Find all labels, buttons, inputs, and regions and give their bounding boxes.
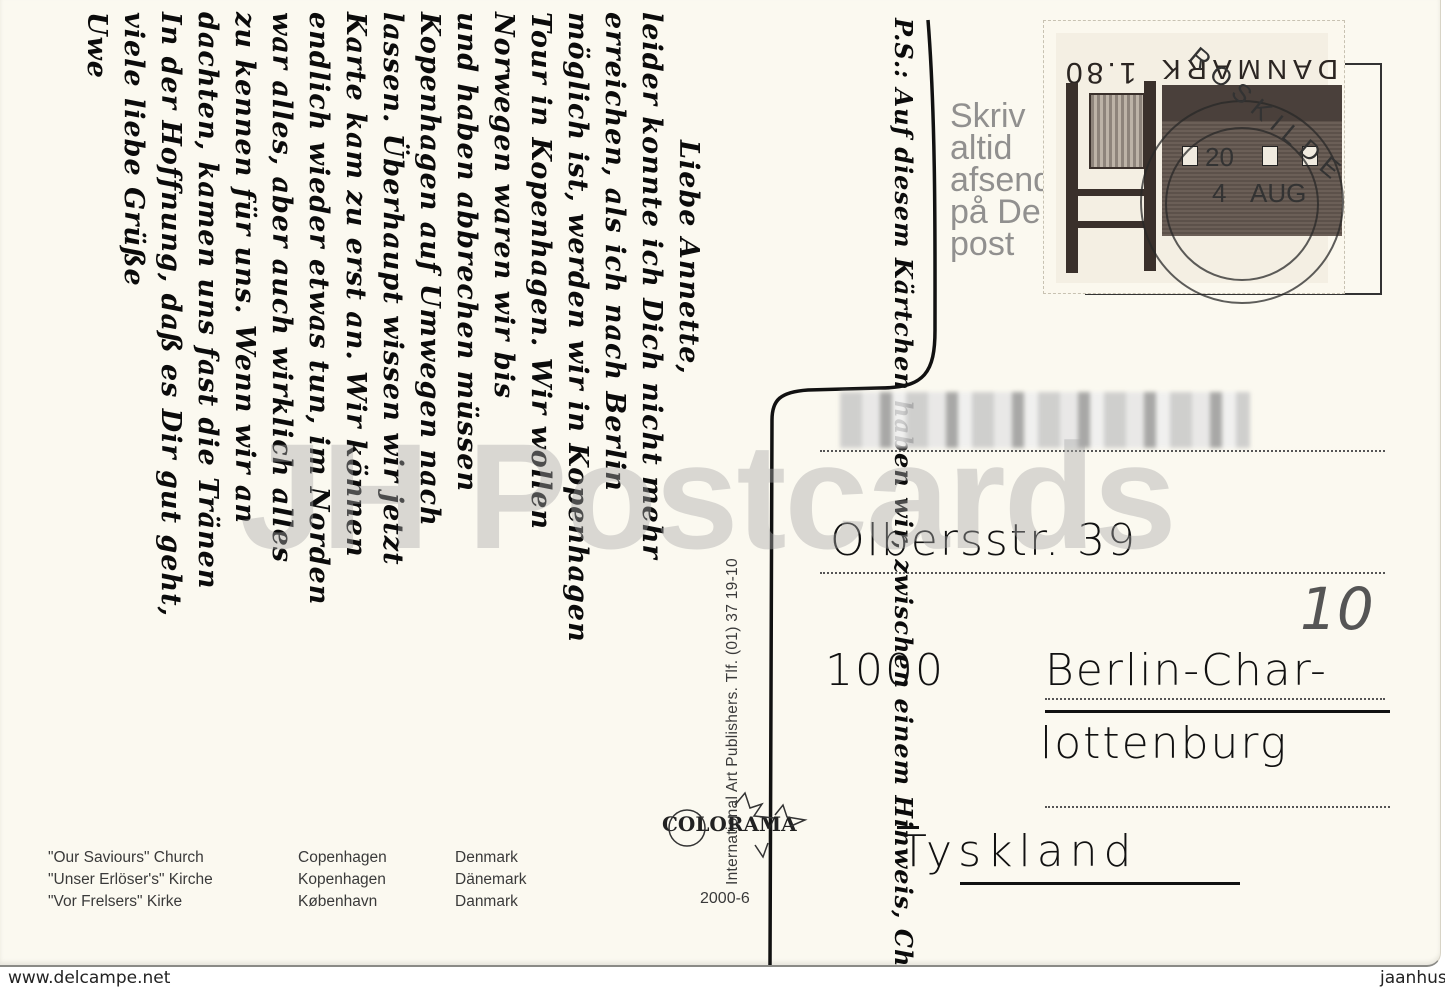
caption-country: Dänemark [455, 869, 527, 890]
card-code: 2000-6 [700, 890, 750, 908]
caption-city: København [298, 891, 377, 912]
pencil-note: 10 [1300, 575, 1374, 643]
caption-name: "Our Saviours" Church [48, 847, 204, 868]
caption-city: Kopenhagen [298, 869, 386, 890]
postcard-back: Liebe Annette,leider konnte ich Dich nic… [0, 0, 1441, 967]
caption-name: "Unser Erlöser's" Kirche [48, 869, 213, 890]
caption-city: Copenhagen [298, 847, 387, 868]
birds-icon [655, 790, 825, 870]
postmark-day: 4 [1212, 178, 1226, 209]
source-label-right: jaanhus [1380, 968, 1445, 988]
address-postal-code: 1000 [825, 645, 945, 696]
postmark-month: AUG [1250, 178, 1306, 209]
recipient-name-blurred [840, 392, 1250, 448]
postmark-time: 20 [1205, 142, 1234, 173]
address-country: Tyskland [900, 826, 1137, 877]
address-city-2: lottenburg [1040, 718, 1288, 769]
source-link-left[interactable]: www.delcampe.net [8, 968, 170, 988]
address-street: Olbersstr. 39 [830, 515, 1137, 566]
caption-country: Danmark [455, 891, 518, 912]
caption-name: "Vor Frelsers" Kirke [48, 891, 182, 912]
caption-country: Denmark [455, 847, 518, 868]
address-city-1: Berlin-Char- [1045, 645, 1328, 696]
